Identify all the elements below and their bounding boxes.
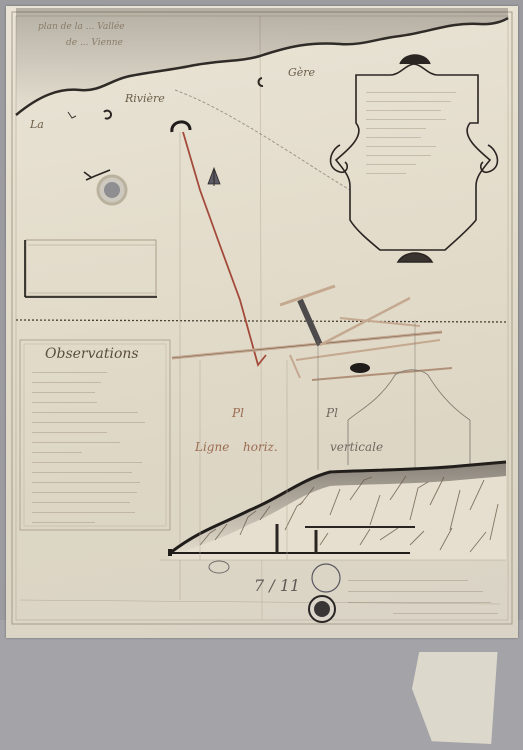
archive-seal-icon [309,596,335,622]
section-label-plan-right: Pl [326,406,338,420]
section-label-verticale: verticale [330,440,383,454]
cartouche-line [366,119,446,120]
observations-line [32,522,95,523]
cartouche-line [366,92,456,93]
compass-rose-icon [84,170,126,204]
cartouche-line [366,155,431,156]
observations-title: Observations [45,346,139,362]
observations-line [32,482,140,483]
signature-line [348,591,483,592]
observations-line [32,472,132,473]
observations-line [32,502,130,503]
observations-line [32,512,135,513]
cartouche-line [366,128,426,129]
cartouche-line [366,164,416,165]
path-line [175,90,350,190]
river-label-la: La [30,118,44,131]
observations-line [32,452,82,453]
observations-line [32,372,107,373]
mine-entrance-icon [172,122,190,132]
signature-line [348,580,468,581]
sheet-numeral: 7 / 11 [254,576,300,595]
observations-line [32,412,138,413]
observations-line [32,422,145,423]
top-left-subnote: de ... Vienne [66,38,123,48]
observations-line [32,492,137,493]
observations-line [32,392,95,393]
cartouche-line [366,110,441,111]
observations-line [32,382,101,383]
hill-profile-section [168,462,506,560]
river-label-gere: Gère [288,66,315,79]
observations-line [32,402,97,403]
section-label-ligne: Ligne [195,440,229,454]
section-label-plan-left: Pl [232,406,244,420]
scale-bar-icon [25,240,157,297]
cartouche-line [366,173,406,174]
signature-line [393,613,498,614]
cartouche-line [366,146,436,147]
observations-text [32,372,157,523]
river-label-riviere: Rivière [125,92,165,105]
mine-galleries-plan [172,286,452,380]
section-label-horiz: horiz. [243,440,278,454]
signature-note [348,580,498,614]
observations-line [32,462,142,463]
observations-line [32,432,107,433]
cartouche-line [366,101,451,102]
north-arrow-icon [208,168,220,186]
observations-line [32,442,120,443]
signature-line [348,602,491,603]
cartouche-line [366,137,421,138]
top-left-note: plan de la ... Vallée [38,22,125,32]
cartouche-text [366,92,466,174]
